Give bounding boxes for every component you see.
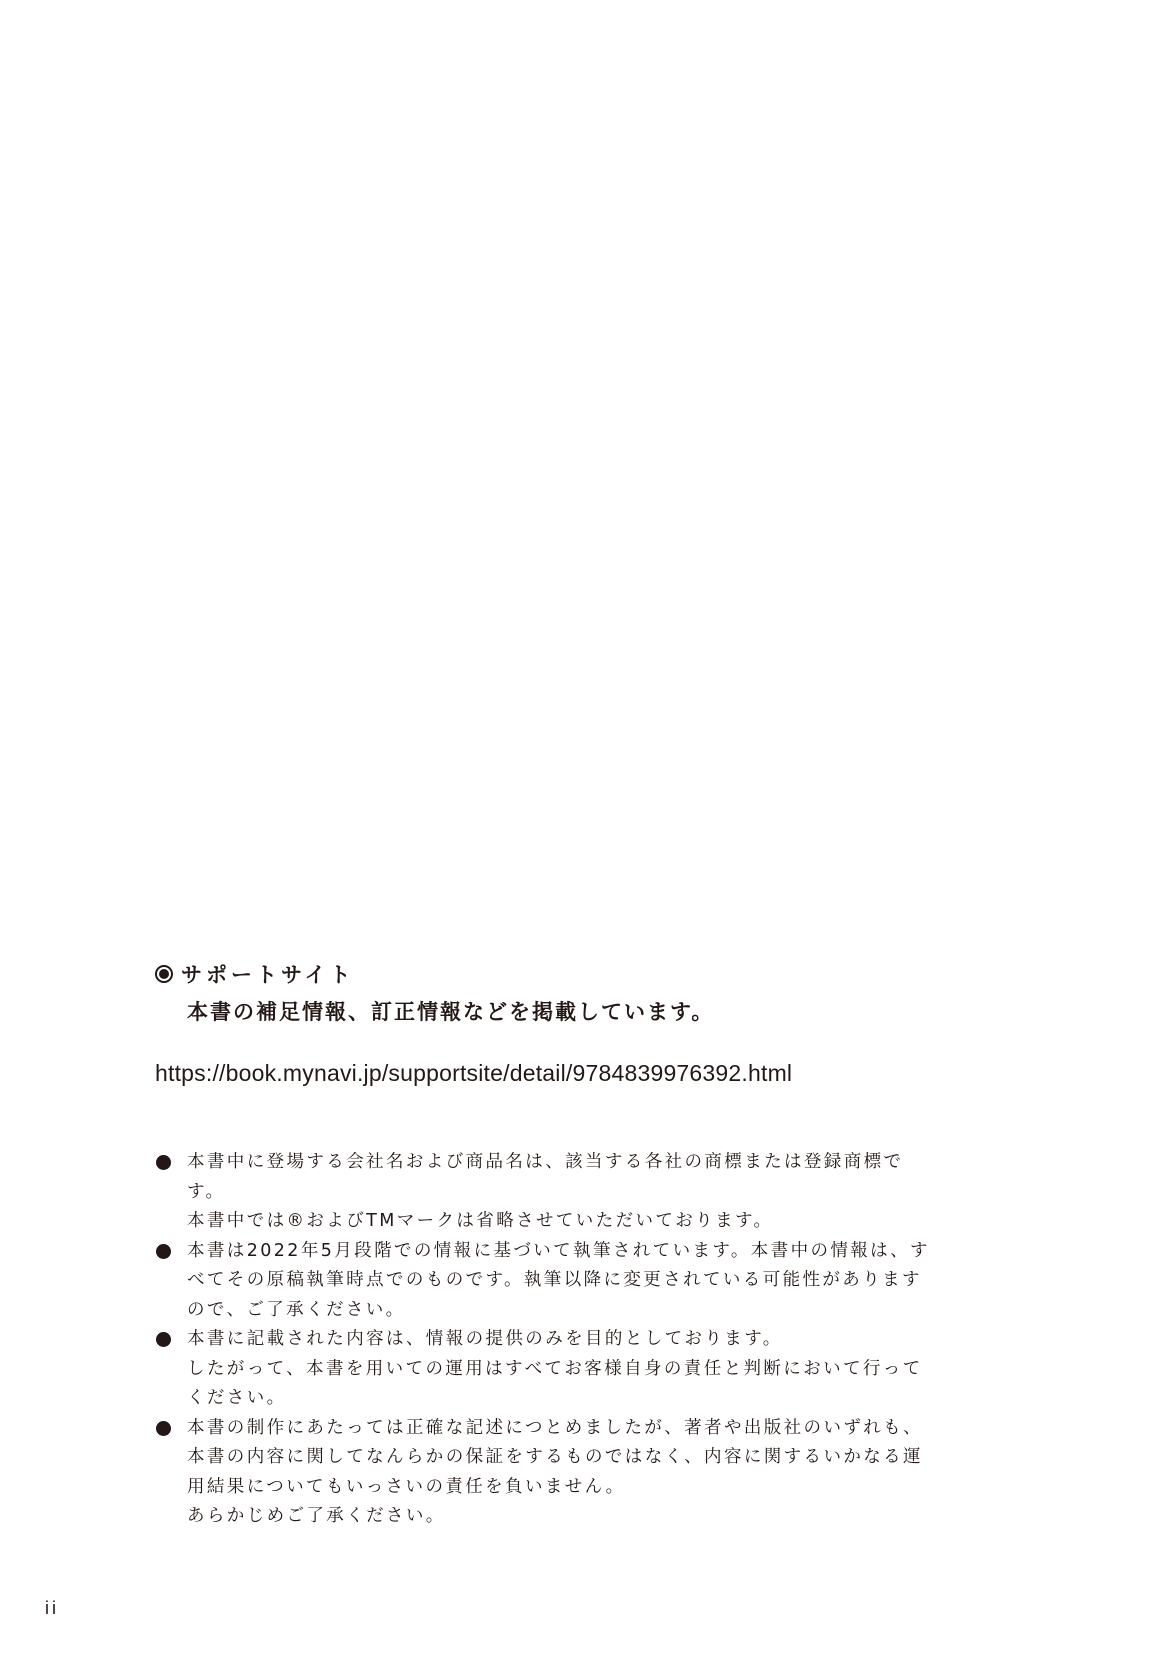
- support-site-section: サポートサイト 本書の補足情報、訂正情報などを掲載しています。: [155, 958, 955, 1028]
- bullet-icon: [156, 1421, 171, 1436]
- bullet-icon: [156, 1332, 171, 1347]
- page-number: ii: [45, 1598, 59, 1619]
- bullet-icon: [156, 1155, 171, 1170]
- note-line: べてその原稿執筆時点でのものです。執筆以降に変更されている可能性があります: [187, 1266, 945, 1296]
- disclaimer-item-trademarks: 本書中に登場する会社名および商品名は、該当する各社の商標または登録商標で す。 …: [155, 1148, 945, 1237]
- support-site-description: 本書の補足情報、訂正情報などを掲載しています。: [187, 996, 955, 1028]
- support-site-title: サポートサイト: [181, 959, 355, 989]
- disclaimer-item-purpose: 本書に記載された内容は、情報の提供のみを目的としております。 したがって、本書を…: [155, 1325, 945, 1414]
- support-site-heading: サポートサイト: [155, 958, 955, 990]
- note-line: したがって、本書を用いての運用はすべてお客様自身の責任と判断において行って: [187, 1355, 945, 1385]
- note-line: 本書中に登場する会社名および商品名は、該当する各社の商標または登録商標で: [187, 1148, 945, 1178]
- disclaimer-item-information-date: 本書は2022年5月段階での情報に基づいて執筆されています。本書中の情報は、す …: [155, 1237, 945, 1326]
- note-line: す。: [187, 1178, 945, 1208]
- note-line: 本書に記載された内容は、情報の提供のみを目的としております。: [187, 1325, 945, 1355]
- radio-selected-icon: [155, 965, 173, 983]
- note-line: ので、ご了承ください。: [187, 1296, 945, 1326]
- note-line: あらかじめご了承ください。: [187, 1502, 945, 1532]
- note-line: 本書の内容に関してなんらかの保証をするものではなく、内容に関するいかなる運: [187, 1443, 945, 1473]
- note-line: 本書は2022年5月段階での情報に基づいて執筆されています。本書中の情報は、す: [187, 1237, 945, 1267]
- note-line: ください。: [187, 1384, 945, 1414]
- support-site-link[interactable]: https://book.mynavi.jp/supportsite/detai…: [155, 1060, 792, 1087]
- disclaimer-list: 本書中に登場する会社名および商品名は、該当する各社の商標または登録商標で す。 …: [155, 1148, 945, 1532]
- bullet-icon: [156, 1244, 171, 1259]
- note-line: 本書の制作にあたっては正確な記述につとめましたが、著者や出版社のいずれも、: [187, 1414, 945, 1444]
- note-line: 用結果についてもいっさいの責任を負いません。: [187, 1473, 945, 1503]
- note-line: 本書中では®およびTMマークは省略させていただいております。: [187, 1207, 945, 1237]
- disclaimer-item-liability: 本書の制作にあたっては正確な記述につとめましたが、著者や出版社のいずれも、 本書…: [155, 1414, 945, 1532]
